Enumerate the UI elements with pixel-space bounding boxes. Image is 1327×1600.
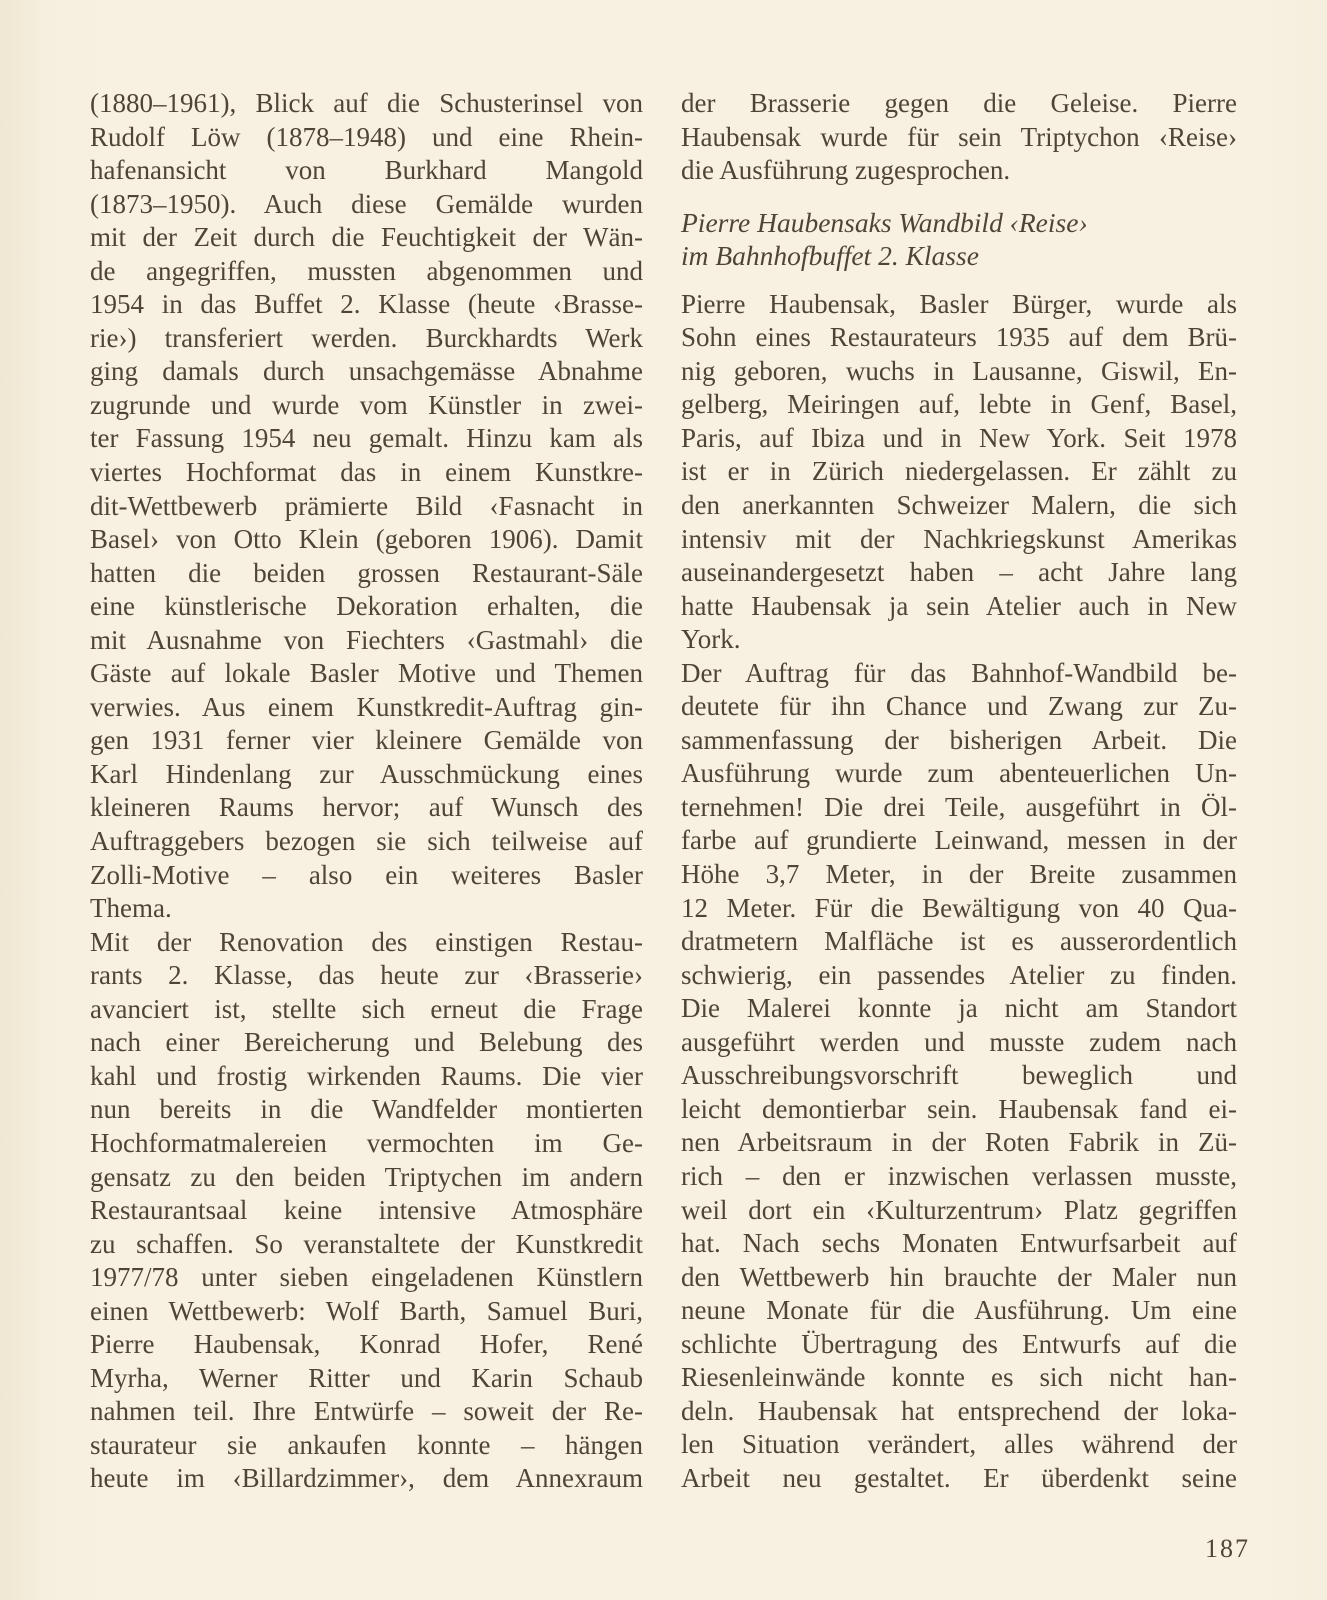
- paragraph: Pierre Haubensak, Basler Bürger, wurde a…: [681, 288, 1237, 1496]
- text-line: schwierig, ein passendes Atelier zu find…: [681, 959, 1237, 993]
- text-line: ging damals durch unsachgemässe Abnahme: [90, 355, 643, 389]
- text-line: die Ausführung zugesprochen.: [681, 154, 1237, 188]
- text-line: schlichte Übertragung des Entwurfs auf d…: [681, 1328, 1237, 1362]
- text-line: ternehmen! Die drei Teile, ausgeführt in…: [681, 791, 1237, 825]
- text-line: deln. Haubensak hat entsprechend der lok…: [681, 1395, 1237, 1429]
- text-line: Paris, auf Ibiza und in New York. Seit 1…: [681, 422, 1237, 456]
- text-line: rants 2. Klasse, das heute zur ‹Brasseri…: [90, 959, 643, 993]
- text-line: staurateur sie ankaufen konnte – hängen: [90, 1429, 643, 1463]
- text-line: eine künstlerische Dekoration erhalten, …: [90, 590, 643, 624]
- text-line: der Brasserie gegen die Geleise. Pierre: [681, 87, 1237, 121]
- text-column-right: der Brasserie gegen die Geleise. PierreH…: [681, 87, 1237, 1495]
- text-line: nach einer Bereicherung und Belebung des: [90, 1026, 643, 1060]
- text-line: Pierre Haubensak, Konrad Hofer, René: [90, 1328, 643, 1362]
- text-line: Höhe 3,7 Meter, in der Breite zusammen: [681, 858, 1237, 892]
- text-line: ist er in Zürich niedergelassen. Er zähl…: [681, 455, 1237, 489]
- text-line: (1880–1961), Blick auf die Schusterinsel…: [90, 87, 643, 121]
- text-line: sammenfassung der bisherigen Arbeit. Die: [681, 724, 1237, 758]
- text-line: dratmetern Malfläche ist es ausserordent…: [681, 925, 1237, 959]
- text-line: den anerkannten Schweizer Malern, die si…: [681, 489, 1237, 523]
- text-line: Pierre Haubensaks Wandbild ‹Reise›: [681, 206, 1237, 240]
- page-number: 187: [1150, 1534, 1250, 1564]
- text-line: hatten die beiden grossen Restaurant-Säl…: [90, 557, 643, 591]
- text-line: dit-Wettbewerb prämierte Bild ‹Fasnacht …: [90, 490, 643, 524]
- text-line: mit Ausnahme von Fiechters ‹Gastmahl› di…: [90, 624, 643, 658]
- text-line: im Bahnhofbuffet 2. Klasse: [681, 239, 1237, 273]
- text-line: ter Fassung 1954 neu gemalt. Hinzu kam a…: [90, 422, 643, 456]
- text-line: den Wettbewerb hin brauchte der Maler nu…: [681, 1261, 1237, 1295]
- text-line: Restaurantsaal keine intensive Atmosphär…: [90, 1194, 643, 1228]
- text-line: viertes Hochformat das in einem Kunstkre…: [90, 456, 643, 490]
- text-line: einen Wettbewerb: Wolf Barth, Samuel Bur…: [90, 1295, 643, 1329]
- text-line: Die Malerei konnte ja nicht am Standort: [681, 992, 1237, 1026]
- text-line: Pierre Haubensak, Basler Bürger, wurde a…: [681, 288, 1237, 322]
- text-line: Myrha, Werner Ritter und Karin Schaub: [90, 1362, 643, 1396]
- paragraph: (1880–1961), Blick auf die Schusterinsel…: [90, 87, 643, 1496]
- text-line: hat. Nach sechs Monaten Entwurfsarbeit a…: [681, 1227, 1237, 1261]
- text-line: rie›) transferiert werden. Burckhardts W…: [90, 322, 643, 356]
- text-line: intensiv mit der Nachkriegskunst Amerika…: [681, 523, 1237, 557]
- text-line: Riesenleinwände konnte es sich nicht han…: [681, 1361, 1237, 1395]
- text-line: ausgeführt werden und musste zudem nach: [681, 1026, 1237, 1060]
- text-line: Arbeit neu gestaltet. Er überdenkt seine: [681, 1462, 1237, 1496]
- text-line: hatte Haubensak ja sein Atelier auch in …: [681, 590, 1237, 624]
- text-line: de angegriffen, mussten abgenommen und: [90, 255, 643, 289]
- section-heading: Pierre Haubensaks Wandbild ‹Reise›im Bah…: [681, 206, 1237, 273]
- text-line: nig geboren, wuchs in Lausanne, Giswil, …: [681, 355, 1237, 389]
- paragraph: der Brasserie gegen die Geleise. PierreH…: [681, 87, 1237, 188]
- text-line: 1977/78 unter sieben eingeladenen Künstl…: [90, 1261, 643, 1295]
- text-line: hafenansicht von Burkhard Mangold: [90, 154, 643, 188]
- text-line: 12 Meter. Für die Bewältigung von 40 Qua…: [681, 892, 1237, 926]
- text-line: heute im ‹Billardzimmer›, dem Annexraum: [90, 1462, 643, 1496]
- text-line: Thema.: [90, 892, 643, 926]
- text-line: zugrunde und wurde vom Künstler in zwei-: [90, 389, 643, 423]
- text-line: Ausführung wurde zum abenteuerlichen Un-: [681, 757, 1237, 791]
- text-line: nen Arbeitsraum in der Roten Fabrik in Z…: [681, 1126, 1237, 1160]
- text-line: Rudolf Löw (1878–1948) und eine Rhein-: [90, 121, 643, 155]
- text-line: zu schaffen. So veranstaltete der Kunstk…: [90, 1228, 643, 1262]
- text-line: weil dort ein ‹Kulturzentrum› Platz gegr…: [681, 1194, 1237, 1228]
- text-line: verwies. Aus einem Kunstkredit-Auftrag g…: [90, 691, 643, 725]
- text-line: Mit der Renovation des einstigen Restau-: [90, 926, 643, 960]
- text-line: (1873–1950). Auch diese Gemälde wurden: [90, 188, 643, 222]
- text-line: Haubensak wurde für sein Triptychon ‹Rei…: [681, 121, 1237, 155]
- text-line: York.: [681, 623, 1237, 657]
- text-line: gelberg, Meiringen auf, lebte in Genf, B…: [681, 388, 1237, 422]
- text-line: kleineren Raums hervor; auf Wunsch des: [90, 791, 643, 825]
- text-line: avanciert ist, stellte sich erneut die F…: [90, 993, 643, 1027]
- text-line: Der Auftrag für das Bahnhof-Wandbild be-: [681, 657, 1237, 691]
- text-line: farbe auf grundierte Leinwand, messen in…: [681, 824, 1237, 858]
- text-line: gen 1931 ferner vier kleinere Gemälde vo…: [90, 724, 643, 758]
- text-line: nahmen teil. Ihre Entwürfe – soweit der …: [90, 1395, 643, 1429]
- text-line: Gäste auf lokale Basler Motive und Theme…: [90, 657, 643, 691]
- text-line: gensatz zu den beiden Triptychen im ande…: [90, 1161, 643, 1195]
- text-line: nun bereits in die Wandfelder montierten: [90, 1093, 643, 1127]
- text-line: neune Monate für die Ausführung. Um eine: [681, 1294, 1237, 1328]
- text-column-left: (1880–1961), Blick auf die Schusterinsel…: [90, 87, 643, 1496]
- book-page: (1880–1961), Blick auf die Schusterinsel…: [0, 0, 1327, 1600]
- text-line: Hochformatmalereien vermochten im Ge-: [90, 1127, 643, 1161]
- text-line: mit der Zeit durch die Feuchtigkeit der …: [90, 221, 643, 255]
- text-line: 1954 in das Buffet 2. Klasse (heute ‹Bra…: [90, 288, 643, 322]
- text-line: Karl Hindenlang zur Ausschmückung eines: [90, 758, 643, 792]
- text-line: Zolli-Motive – also ein weiteres Basler: [90, 859, 643, 893]
- text-line: rich – den er inzwischen verlassen musst…: [681, 1160, 1237, 1194]
- text-line: Basel› von Otto Klein (geboren 1906). Da…: [90, 523, 643, 557]
- text-line: auseinandergesetzt haben – acht Jahre la…: [681, 556, 1237, 590]
- text-line: deutete für ihn Chance und Zwang zur Zu-: [681, 690, 1237, 724]
- text-line: Ausschreibungsvorschrift beweglich und: [681, 1059, 1237, 1093]
- text-line: kahl und frostig wirkenden Raums. Die vi…: [90, 1060, 643, 1094]
- text-line: Sohn eines Restaurateurs 1935 auf dem Br…: [681, 321, 1237, 355]
- text-line: Auftraggebers bezogen sie sich teilweise…: [90, 825, 643, 859]
- text-line: leicht demontierbar sein. Haubensak fand…: [681, 1093, 1237, 1127]
- text-line: len Situation verändert, alles während d…: [681, 1428, 1237, 1462]
